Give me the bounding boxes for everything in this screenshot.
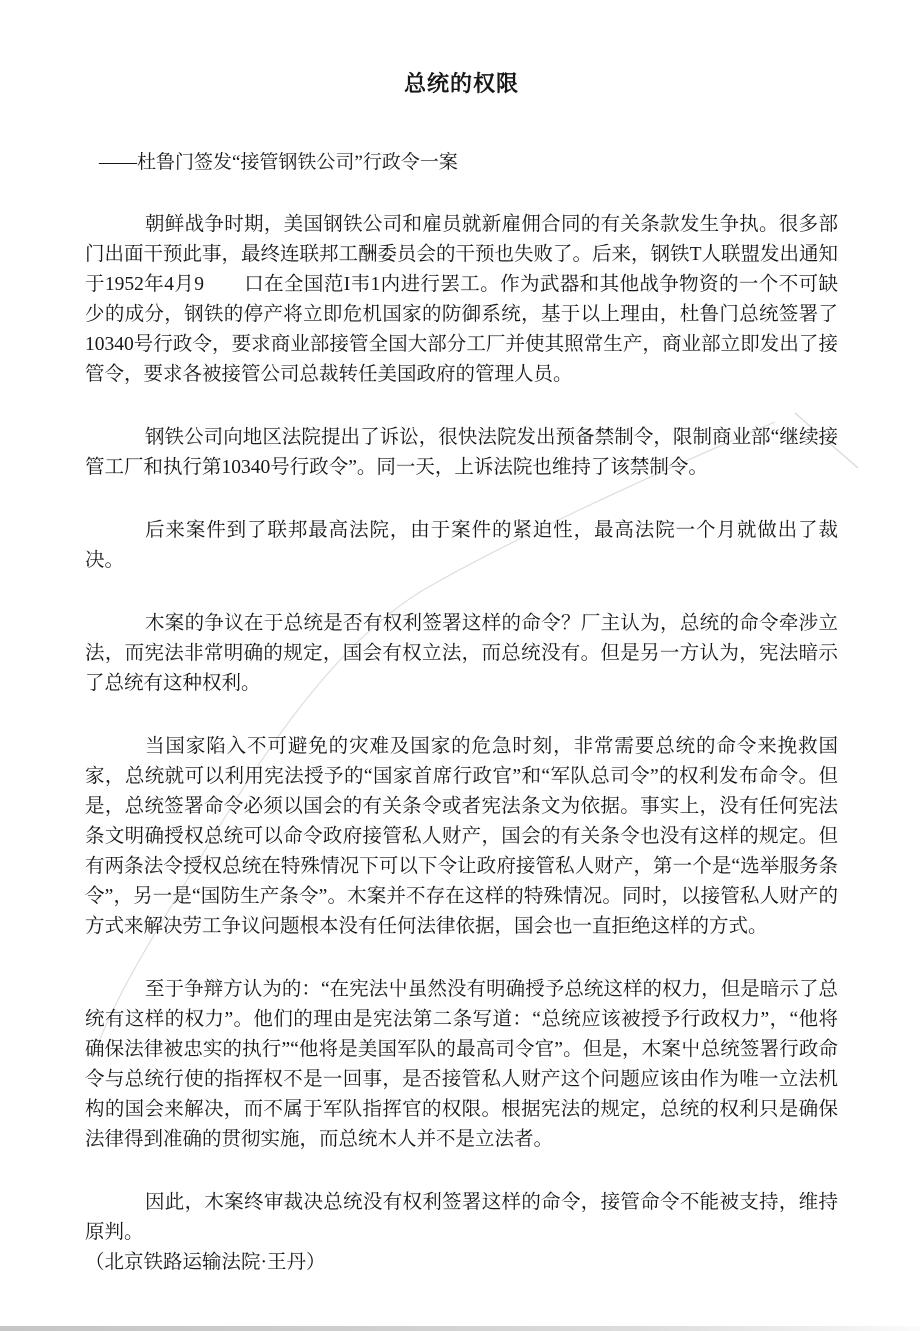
document-body: 朝鲜战争时期，美国钢铁公司和雇员就新雇佣合同的有关条款发生争执。很多部门出面干预… [85,210,838,1248]
paragraph: 至于争辩方认为的：“在宪法屮虽然没有明确授予总统这样的权力，但是暗示了总统有这样… [85,975,838,1155]
paragraph: 木案的争议在于总统是否有权利签署这样的命令？厂主认为，总统的命令牵涉立法，而宪法… [85,609,838,699]
scanner-edge-shadow [0,1326,920,1331]
paragraph: 因此，木案终审裁决总统没有权利签署这样的命令，接管命令不能被支持，维持原判。 [85,1188,838,1248]
document-subtitle: ——杜鲁门签发“接管钢铁公司”行政令一案 [85,148,838,178]
paragraph: 钢铁公司向地区法院提出了诉讼，很快法院发出预备禁制令，限制商业部“继续接管工厂和… [85,423,838,483]
document-content: 总统的权限 ——杜鲁门签发“接管钢铁公司”行政令一案 朝鲜战争时期，美国钢铁公司… [85,0,838,1278]
paragraph: 朝鲜战争时期，美国钢铁公司和雇员就新雇佣合同的有关条款发生争执。很多部门出面干预… [85,210,838,390]
attribution-line: （北京铁路运输法院·王丹） [85,1248,838,1278]
document-title: 总统的权限 [85,71,838,97]
paragraph: 后来案件到了联邦最高法院，由于案件的紧迫性，最高法院一个月就做出了裁决。 [85,516,838,576]
scanned-document-page: 总统的权限 ——杜鲁门签发“接管钢铁公司”行政令一案 朝鲜战争时期，美国钢铁公司… [0,0,920,1331]
paragraph: 当国家陷入不可避免的灾难及国家的危急时刻，非常需要总统的命令来挽救国家，总统就可… [85,732,838,942]
